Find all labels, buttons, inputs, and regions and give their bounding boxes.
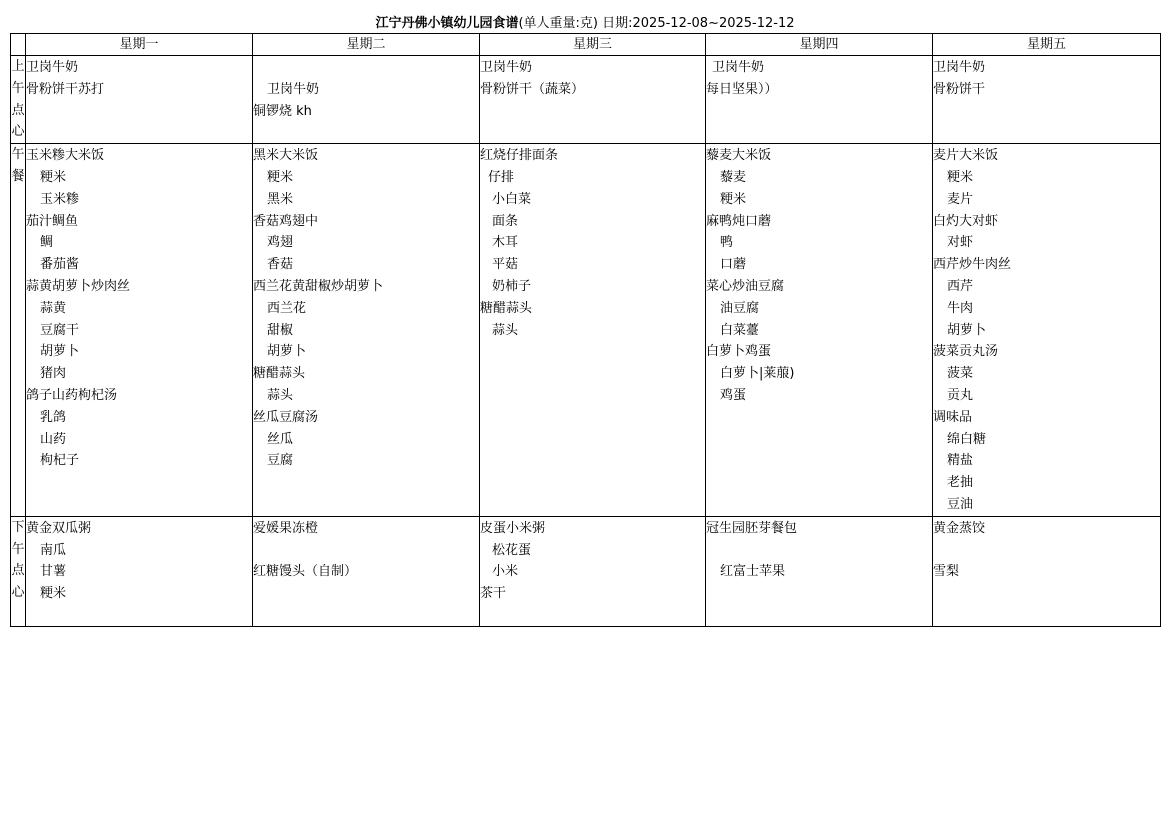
ingredient: 精盐 <box>933 450 1160 472</box>
meal-label-char: 点 <box>11 560 25 582</box>
ingredient: 粳米 <box>706 189 932 211</box>
dish-name: 藜麦大米饭 <box>706 145 932 167</box>
ingredient: 鸭 <box>706 232 932 254</box>
meal-label-char: 下 <box>11 517 25 539</box>
dish-name: 香菇鸡翅中 <box>253 211 479 233</box>
ingredient: 木耳 <box>480 232 705 254</box>
dish-name: 黄金蒸饺 <box>933 518 1160 540</box>
ingredient: 蒜黄 <box>26 298 252 320</box>
col-friday: 星期五 <box>933 34 1161 56</box>
dish-name <box>706 540 932 562</box>
ingredient: 黑米 <box>253 189 479 211</box>
menu-cell-monday: 卫岗牛奶骨粉饼干苏打 <box>26 56 253 144</box>
row-morning-snack: 上午点心卫岗牛奶骨粉饼干苏打卫岗牛奶铜锣烧 kh卫岗牛奶骨粉饼干（蔬菜）卫岗牛奶… <box>11 56 1161 144</box>
dish-name: 黑米大米饭 <box>253 145 479 167</box>
ingredient: 藜麦 <box>706 167 932 189</box>
row-lunch: 午餐玉米糁大米饭粳米玉米糁茄汁鲷鱼鲷番茄酱蒜黄胡萝卜炒肉丝蒜黄豆腐干胡萝卜猪肉鸽… <box>11 144 1161 517</box>
dish-name <box>253 540 479 562</box>
menu-cell-wednesday: 红烧仔排面条仔排小白菜面条木耳平菇奶柿子糖醋蒜头蒜头 <box>480 144 706 517</box>
ingredient: 西兰花 <box>253 298 479 320</box>
ingredient: 油豆腐 <box>706 298 932 320</box>
ingredient: 卫岗牛奶 <box>253 79 479 101</box>
meal-label-char: 上 <box>11 56 25 78</box>
ingredient: 鲷 <box>26 232 252 254</box>
meal-label: 上午点心 <box>11 56 26 144</box>
dish-name: 西芹炒牛肉丝 <box>933 254 1160 276</box>
ingredient: 卫岗牛奶 <box>706 57 932 79</box>
menu-cell-wednesday: 皮蛋小米粥松花蛋小米茶干 <box>480 516 706 626</box>
ingredient: 豆腐 <box>253 450 479 472</box>
dish-name: 白萝卜鸡蛋 <box>706 341 932 363</box>
ingredient: 丝瓜 <box>253 429 479 451</box>
meal-label: 午餐 <box>11 144 26 517</box>
title-details: (单人重量:克) 日期:2025-12-08~2025-12-12 <box>518 16 794 31</box>
dish-name: 卫岗牛奶 <box>933 57 1160 79</box>
dish-name: 每日坚果）） <box>706 79 932 101</box>
ingredient: 粳米 <box>26 583 252 605</box>
ingredient: 粳米 <box>933 167 1160 189</box>
ingredient: 豆油 <box>933 494 1160 516</box>
ingredient: 玉米糁 <box>26 189 252 211</box>
dish-name: 冠生园胚芽餐包 <box>706 518 932 540</box>
ingredient: 松花蛋 <box>480 540 705 562</box>
ingredient: 麦片 <box>933 189 1160 211</box>
dish-name: 糖醋蒜头 <box>253 363 479 385</box>
ingredient: 小米 <box>480 561 705 583</box>
ingredient: 小白菜 <box>480 189 705 211</box>
meal-label-char: 点 <box>11 100 25 122</box>
col-tuesday: 星期二 <box>253 34 480 56</box>
dish-name: 玉米糁大米饭 <box>26 145 252 167</box>
meal-label: 下午点心 <box>11 516 26 626</box>
page-title: 江宁丹佛小镇幼儿园食谱(单人重量:克) 日期:2025-12-08~2025-1… <box>0 15 1170 33</box>
dish-name: 铜锣烧 kh <box>253 101 479 123</box>
dish-name <box>253 57 479 79</box>
dish-name: 爱媛果冻橙 <box>253 518 479 540</box>
ingredient: 南瓜 <box>26 540 252 562</box>
menu-cell-thursday: 藜麦大米饭藜麦粳米麻鸭炖口蘑鸭口蘑菜心炒油豆腐油豆腐白菜薹白萝卜鸡蛋白萝卜|莱菔… <box>706 144 933 517</box>
menu-cell-thursday: 卫岗牛奶每日坚果）） <box>706 56 933 144</box>
dish-name: 麻鸭炖口蘑 <box>706 211 932 233</box>
menu-cell-monday: 玉米糁大米饭粳米玉米糁茄汁鲷鱼鲷番茄酱蒜黄胡萝卜炒肉丝蒜黄豆腐干胡萝卜猪肉鸽子山… <box>26 144 253 517</box>
meal-label-char: 午 <box>11 539 25 561</box>
dish-name: 白灼大对虾 <box>933 211 1160 233</box>
ingredient: 番茄酱 <box>26 254 252 276</box>
ingredient: 粳米 <box>26 167 252 189</box>
dish-name: 糖醋蒜头 <box>480 298 705 320</box>
ingredient: 胡萝卜 <box>26 341 252 363</box>
ingredient: 香菇 <box>253 254 479 276</box>
dish-name: 麦片大米饭 <box>933 145 1160 167</box>
dish-name: 红糖馒头（自制） <box>253 561 479 583</box>
dish-name: 黄金双瓜粥 <box>26 518 252 540</box>
menu-cell-friday: 黄金蒸饺雪梨 <box>933 516 1161 626</box>
ingredient: 菠菜 <box>933 363 1160 385</box>
dish-name: 卫岗牛奶 <box>26 57 252 79</box>
ingredient: 白菜薹 <box>706 320 932 342</box>
dish-name: 茄汁鲷鱼 <box>26 211 252 233</box>
dish-name: 红烧仔排面条 <box>480 145 705 167</box>
col-thursday: 星期四 <box>706 34 933 56</box>
dish-name: 菜心炒油豆腐 <box>706 276 932 298</box>
ingredient: 粳米 <box>253 167 479 189</box>
dish-name: 丝瓜豆腐汤 <box>253 407 479 429</box>
ingredient: 鸡蛋 <box>706 385 932 407</box>
ingredient: 甜椒 <box>253 320 479 342</box>
ingredient: 豆腐干 <box>26 320 252 342</box>
ingredient: 蒜头 <box>253 385 479 407</box>
header-row: 星期一 星期二 星期三 星期四 星期五 <box>11 34 1161 56</box>
ingredient: 胡萝卜 <box>933 320 1160 342</box>
ingredient: 面条 <box>480 211 705 233</box>
ingredient: 仔排 <box>480 167 705 189</box>
menu-cell-thursday: 冠生园胚芽餐包红富士苹果 <box>706 516 933 626</box>
ingredient: 猪肉 <box>26 363 252 385</box>
ingredient: 甘薯 <box>26 561 252 583</box>
ingredient: 牛肉 <box>933 298 1160 320</box>
dish-name: 鸽子山药枸杞汤 <box>26 385 252 407</box>
meal-label-char: 午 <box>11 78 25 100</box>
weekly-menu-table: 星期一 星期二 星期三 星期四 星期五 上午点心卫岗牛奶骨粉饼干苏打卫岗牛奶铜锣… <box>10 33 1161 627</box>
dish-name: 茶干 <box>480 583 705 605</box>
ingredient: 红富士苹果 <box>706 561 932 583</box>
ingredient: 绵白糖 <box>933 429 1160 451</box>
dish-name: 骨粉饼干（蔬菜） <box>480 79 705 101</box>
col-wednesday: 星期三 <box>480 34 706 56</box>
ingredient: 对虾 <box>933 232 1160 254</box>
ingredient: 平菇 <box>480 254 705 276</box>
ingredient: 枸杞子 <box>26 450 252 472</box>
dish-name: 骨粉饼干苏打 <box>26 79 252 101</box>
row-afternoon-snack: 下午点心黄金双瓜粥南瓜甘薯粳米爱媛果冻橙红糖馒头（自制）皮蛋小米粥松花蛋小米茶干… <box>11 516 1161 626</box>
dish-name: 调味品 <box>933 407 1160 429</box>
corner-cell <box>11 34 26 56</box>
menu-cell-tuesday: 爱媛果冻橙红糖馒头（自制） <box>253 516 480 626</box>
ingredient: 乳鸽 <box>26 407 252 429</box>
menu-cell-tuesday: 黑米大米饭粳米黑米香菇鸡翅中鸡翅香菇西兰花黄甜椒炒胡萝卜西兰花甜椒胡萝卜糖醋蒜头… <box>253 144 480 517</box>
dish-name: 菠菜贡丸汤 <box>933 341 1160 363</box>
menu-cell-friday: 麦片大米饭粳米麦片白灼大对虾对虾西芹炒牛肉丝西芹牛肉胡萝卜菠菜贡丸汤菠菜贡丸调味… <box>933 144 1161 517</box>
ingredient: 奶柿子 <box>480 276 705 298</box>
ingredient: 西芹 <box>933 276 1160 298</box>
ingredient: 口蘑 <box>706 254 932 276</box>
menu-cell-friday: 卫岗牛奶骨粉饼干 <box>933 56 1161 144</box>
col-monday: 星期一 <box>26 34 253 56</box>
dish-name <box>933 540 1160 562</box>
dish-name: 骨粉饼干 <box>933 79 1160 101</box>
ingredient: 贡丸 <box>933 385 1160 407</box>
meal-label-char: 餐 <box>11 166 25 188</box>
dish-name: 蒜黄胡萝卜炒肉丝 <box>26 276 252 298</box>
menu-cell-wednesday: 卫岗牛奶骨粉饼干（蔬菜） <box>480 56 706 144</box>
menu-cell-tuesday: 卫岗牛奶铜锣烧 kh <box>253 56 480 144</box>
ingredient: 老抽 <box>933 472 1160 494</box>
dish-name: 雪梨 <box>933 561 1160 583</box>
ingredient: 白萝卜|莱菔) <box>706 363 932 385</box>
ingredient: 山药 <box>26 429 252 451</box>
meal-label-char: 心 <box>11 121 25 143</box>
meal-label-char: 心 <box>11 582 25 604</box>
dish-name: 卫岗牛奶 <box>480 57 705 79</box>
meal-label-char: 午 <box>11 144 25 166</box>
ingredient: 鸡翅 <box>253 232 479 254</box>
school-name: 江宁丹佛小镇幼儿园食谱 <box>375 16 518 31</box>
ingredient: 蒜头 <box>480 320 705 342</box>
dish-name: 西兰花黄甜椒炒胡萝卜 <box>253 276 479 298</box>
ingredient: 胡萝卜 <box>253 341 479 363</box>
menu-cell-monday: 黄金双瓜粥南瓜甘薯粳米 <box>26 516 253 626</box>
dish-name: 皮蛋小米粥 <box>480 518 705 540</box>
